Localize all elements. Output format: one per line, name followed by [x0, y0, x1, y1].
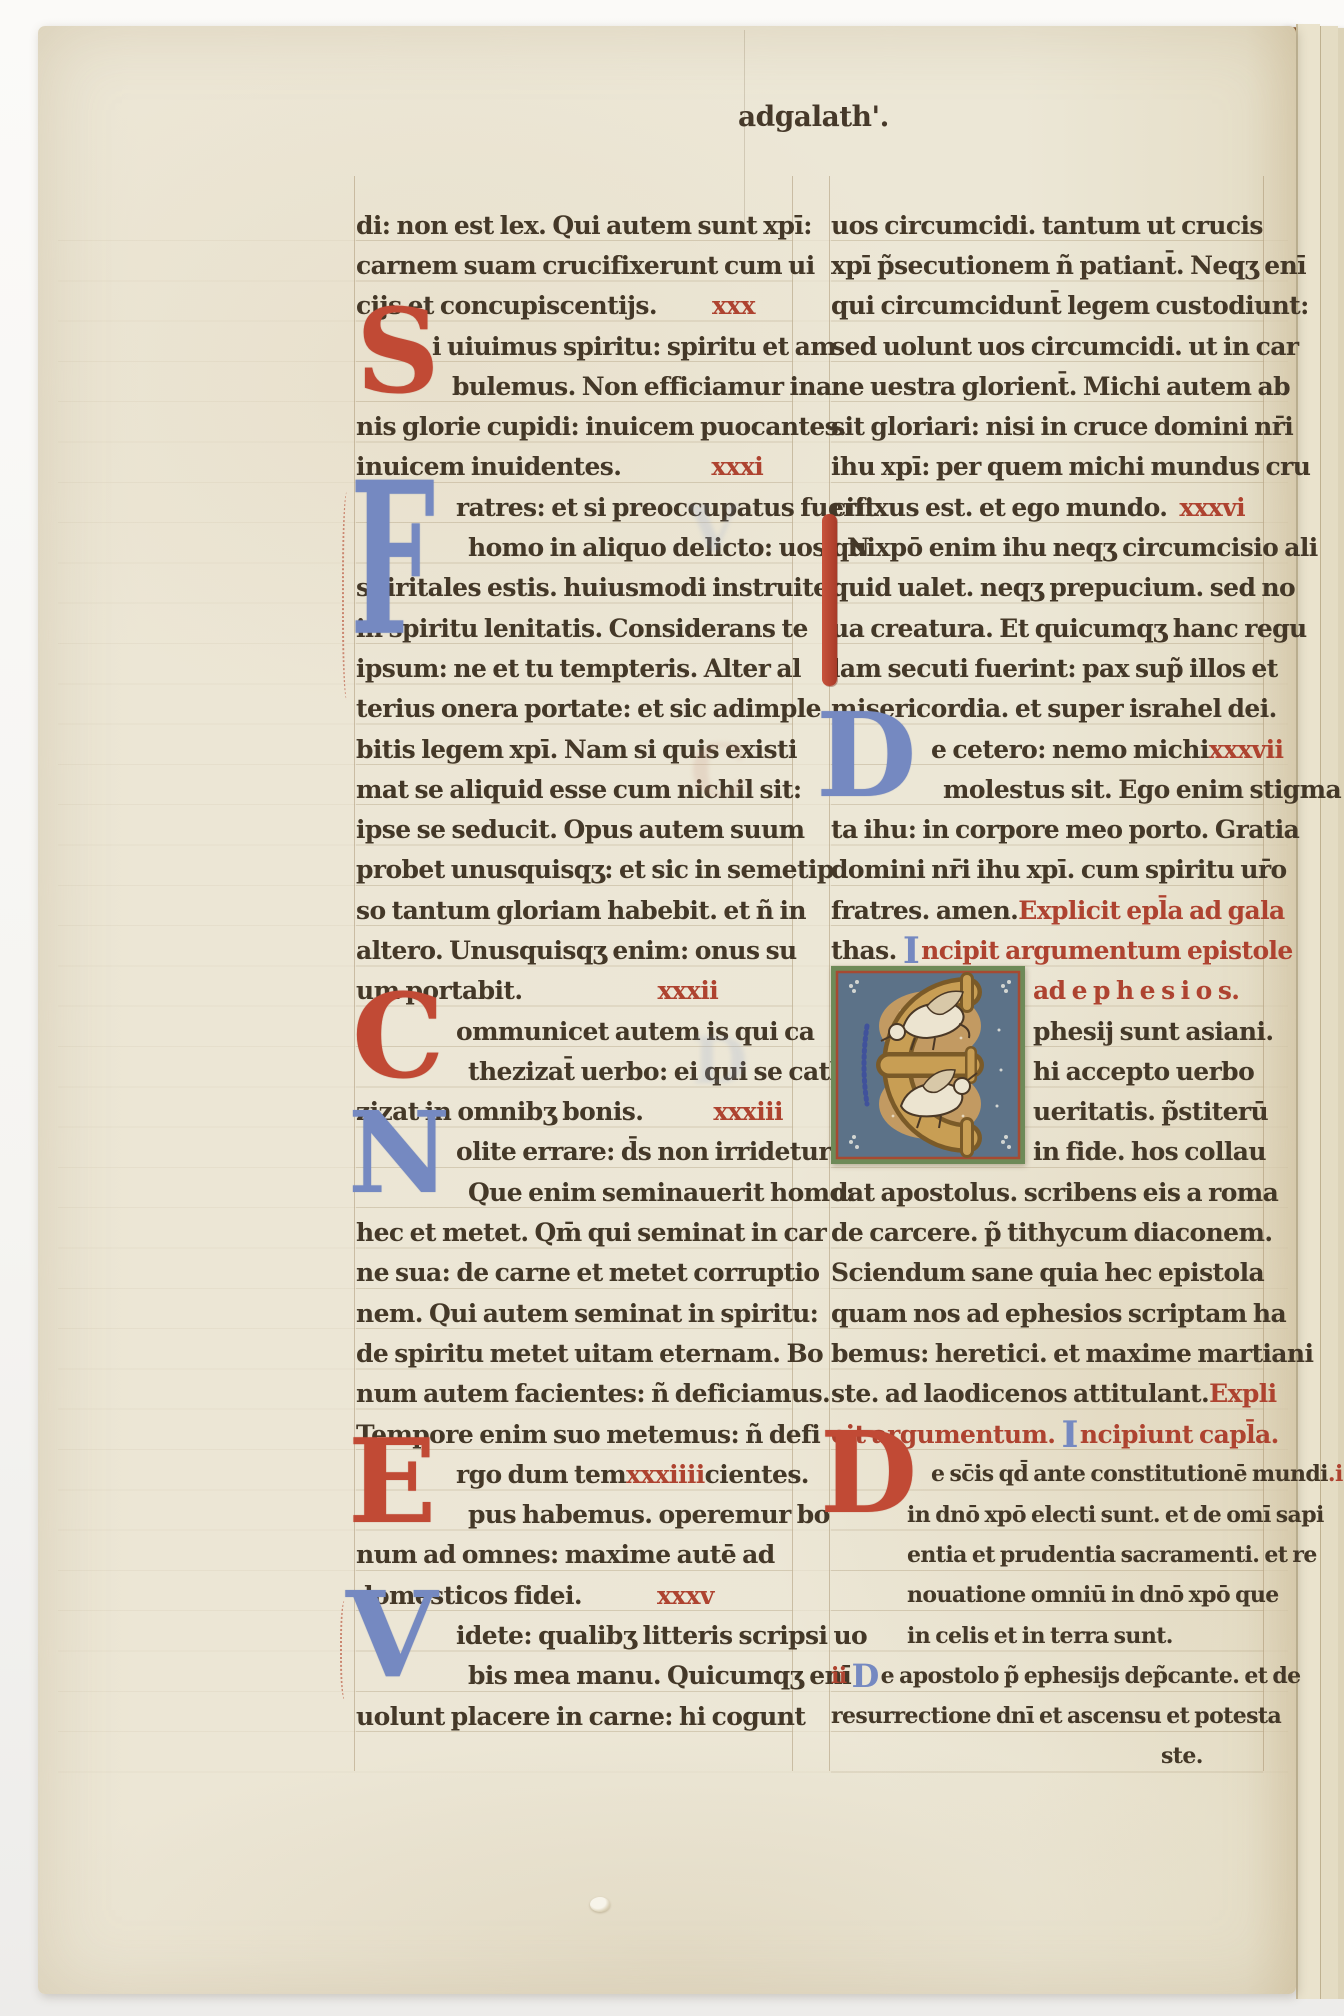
text-line: resurrectione dnī et ascensu et potesta: [831, 1696, 1263, 1736]
text-line: quid ualet. neqʒ prepucium. sed no: [831, 568, 1263, 608]
text-line: dat apostolus. scribens eis a roma: [831, 1172, 1263, 1212]
text-line: in celis et in terra sunt.: [831, 1615, 1263, 1655]
body-text: nem. Qui autem seminat in spiritu:: [356, 1299, 818, 1328]
chapter-number: .i.: [1328, 1461, 1344, 1487]
illuminated-initial-v: V: [346, 1576, 438, 1694]
body-text: ste. ad laodicenos attitulant.: [831, 1379, 1209, 1408]
body-text: Sciendum sane quia hec epistola: [831, 1258, 1264, 1287]
rubric-text: ncipiunt capl̄a.: [1080, 1420, 1279, 1449]
ink-show-through: D: [692, 1030, 748, 1094]
body-text: hec et metet. Qm̄ qui seminat in car: [356, 1218, 826, 1247]
illuminated-initial-f: F: [350, 455, 435, 665]
text-line: domini nr̄i ihu xpī. cum spiritu ur̄o: [831, 850, 1263, 890]
body-text: num autem facientes: ñ deficiamus.: [356, 1379, 830, 1408]
rubric-text: Expli: [1209, 1379, 1276, 1408]
inline-colored-initial: I: [903, 933, 919, 969]
body-text: ua creatura. Et quicumqʒ hanc regu: [831, 614, 1307, 643]
body-text: sed uolunt uos circumcidi. ut in car: [831, 332, 1298, 361]
manuscript-photo: adgalath'. di: non est lex. Qui autem su…: [0, 0, 1344, 2016]
body-text: de spiritu metet uitam eternam. Bo: [356, 1339, 823, 1368]
illuminated-initial-d: D: [820, 1418, 917, 1530]
body-text: ihu xpī: per quem michi mundus cru: [831, 452, 1310, 481]
spacer: [582, 1595, 657, 1596]
text-line: carnem suam crucifixerunt cum ui: [356, 245, 792, 285]
text-line: ua creatura. Et quicumqʒ hanc regu: [831, 608, 1263, 648]
text-line: quam nos ad ephesios scriptam ha: [831, 1293, 1263, 1333]
illuminated-initial-i: [822, 514, 837, 686]
body-text: e apostolo p̃ ephesijs dep̃cante. et de: [881, 1663, 1301, 1689]
body-text: probet unusquisqʒ: et sic in semetip: [356, 855, 834, 884]
text-line: sit gloriari: nisi in cruce domini nr̄i: [831, 406, 1263, 446]
body-text: cientes.: [705, 1460, 809, 1489]
body-text: altero. Unusquisqʒ enim: onus su: [356, 936, 797, 965]
rubric-text: ncipit argumentum epistole: [921, 936, 1293, 965]
body-text: bis mea manu. Quicumqʒ enī: [468, 1661, 851, 1690]
body-text: ste.: [1161, 1743, 1203, 1769]
body-text: uolunt placere in carne: hi cogunt: [356, 1702, 805, 1731]
rubric-text: xxxvii: [1209, 735, 1284, 764]
body-text: cifixus est. et ego mundo.: [831, 493, 1167, 522]
body-text: bulemus. Non efficiamur ina: [452, 372, 832, 401]
parchment-stain: [590, 1897, 610, 1912]
text-line: de spiritu metet uitam eternam. Bo: [356, 1333, 792, 1373]
body-text: phesij sunt asiani.: [1033, 1017, 1274, 1046]
text-line: ii De apostolo p̃ ephesijs dep̃cante. et…: [831, 1656, 1263, 1696]
illuminated-initial-d: D: [816, 698, 917, 814]
text-line: xpī p̃secutionem ñ patiant̄. Neqʒ enī: [831, 245, 1263, 285]
body-text: ommunicet autem is qui ca: [456, 1017, 814, 1046]
body-text: olite errare: d̄s non irridetur:: [456, 1137, 840, 1166]
body-text: entia et prudentia sacramenti. et re: [907, 1542, 1317, 1568]
text-line: ste.: [831, 1736, 1263, 1776]
body-text: pus habemus. operemur bo: [468, 1500, 830, 1529]
body-text: ipse se seducit. Opus autem suum: [356, 815, 805, 844]
body-text: thas.: [831, 936, 903, 965]
body-text: in dnō xpō electi sunt. et de omī sapi: [907, 1502, 1324, 1528]
illuminated-initial-s: S: [356, 294, 440, 410]
inline-colored-initial: D: [852, 1661, 879, 1693]
body-text: e cetero: nemo michi: [931, 735, 1209, 764]
body-text: e sc̄is qd̄ ante constitutionē mundi: [931, 1461, 1328, 1487]
text-line: sed uolunt uos circumcidi. ut in car: [831, 326, 1263, 366]
body-text: in fide. hos collau: [1033, 1137, 1266, 1166]
body-text: lam secuti fuerint: pax sup̃ illos et: [831, 654, 1278, 683]
text-line: lam secuti fuerint: pax sup̃ illos et: [831, 648, 1263, 688]
body-text: idete: qualibʒ litteris scripsi uo: [456, 1621, 867, 1650]
body-text: quid ualet. neqʒ prepucium. sed no: [831, 573, 1295, 602]
rubric-text: xxxiii: [713, 1097, 783, 1126]
body-text: hi accepto uerbo: [1033, 1057, 1254, 1086]
body-text: domini nr̄i ihu xpī. cum spiritu ur̄o: [831, 855, 1287, 884]
text-line: so tantum gloriam habebit. et ñ in: [356, 890, 792, 930]
body-text: uos circumcidi. tantum ut crucis: [831, 211, 1263, 240]
spacer: [657, 305, 712, 306]
body-text: molestus sit. Ego enim stigma: [943, 775, 1341, 804]
text-line: thas. Incipit argumentum epistole: [831, 930, 1263, 970]
text-line: uos circumcidi. tantum ut crucis: [831, 205, 1263, 245]
text-line: qui circumcidunt̄ legem custodiunt:: [831, 286, 1263, 326]
body-text: so tantum gloriam habebit. et ñ in: [356, 896, 806, 925]
body-text: bemus: heretici. et maxime martiani: [831, 1339, 1313, 1368]
body-text: Que enim seminauerit homo:: [468, 1178, 854, 1207]
spacer: [1167, 507, 1179, 508]
body-text: quam nos ad ephesios scriptam ha: [831, 1299, 1286, 1328]
body-text: fratres. amen.: [831, 896, 1018, 925]
rubric-text: Explicit epl̄a ad gala: [1018, 896, 1284, 925]
rubric-text: xxxi: [711, 452, 763, 481]
text-line: bemus: heretici. et maxime martiani: [831, 1333, 1263, 1373]
initial-e-artwork: [831, 966, 1025, 1164]
body-text: de carcere. p̃ tithycum diaconem.: [831, 1218, 1272, 1247]
body-text: xpī p̃secutionem ñ patiant̄. Neqʒ enī: [831, 251, 1306, 280]
page-edge-sliver: [1338, 28, 1344, 1999]
text-line: ne sua: de carne et metet corruptio: [356, 1253, 792, 1293]
text-line: nem. Qui autem seminat in spiritu:: [356, 1293, 792, 1333]
body-text: terius onera portate: et sic adimple: [356, 694, 821, 723]
body-text: homo in aliquo delicto: uos qui: [468, 533, 875, 562]
page-edge-sliver: [1320, 26, 1338, 1999]
body-text: i uiuimus spiritu: spiritu et am: [432, 332, 836, 361]
body-text: N xpō enim ihu neqʒ circumcisio ali: [847, 533, 1318, 562]
ephesians-illuminated-initial-panel: [831, 966, 1025, 1164]
spacer: [621, 466, 711, 467]
ink-show-through: C: [690, 735, 747, 807]
body-text: nouatione omniū in dnō xpō que: [907, 1582, 1279, 1608]
body-text: in celis et in terra sunt.: [907, 1623, 1173, 1649]
text-line: Sciendum sane quia hec epistola: [831, 1253, 1263, 1293]
body-text: carnem suam crucifixerunt cum ui: [356, 251, 815, 280]
body-text: thezizat̄ uerbo: ei qui se cathe: [468, 1057, 862, 1086]
text-line: probet unusquisqʒ: et sic in semetip: [356, 850, 792, 890]
text-line: de carcere. p̃ tithycum diaconem.: [831, 1212, 1263, 1252]
rubric-text: xxxvi: [1179, 493, 1245, 522]
body-text: dat apostolus. scribens eis a roma: [831, 1178, 1278, 1207]
rubric-text: xxxiiii: [626, 1460, 705, 1489]
body-text: rgo dum tem: [456, 1460, 626, 1489]
text-line: N xpō enim ihu neqʒ circumcisio ali: [831, 527, 1263, 567]
body-text: ne uestra glorient̄. Michi autem ab: [831, 372, 1290, 401]
rubric-text: ad e p h e s i o s.: [1033, 976, 1239, 1005]
body-text: qui circumcidunt̄ legem custodiunt:: [831, 291, 1309, 320]
rubric-text: xxx: [712, 291, 755, 320]
text-line: altero. Unusquisqʒ enim: onus su: [356, 930, 792, 970]
rubric-text: xxxii: [657, 976, 718, 1005]
text-line: nouatione omniū in dnō xpō que: [831, 1575, 1263, 1615]
running-title: adgalath'.: [738, 100, 889, 133]
body-text: ne sua: de carne et metet corruptio: [356, 1258, 819, 1287]
text-line: ihu xpī: per quem michi mundus cru: [831, 447, 1263, 487]
illuminated-initial-n: N: [348, 1098, 450, 1210]
rubric-text: ii: [831, 1663, 852, 1689]
inline-colored-initial: I: [1062, 1417, 1078, 1453]
ink-show-through: V: [688, 498, 738, 562]
body-text: di: non est lex. Qui autem sunt xpī:: [356, 211, 812, 240]
body-text: sit gloriari: nisi in cruce domini nr̄i: [831, 412, 1293, 441]
text-line: num autem facientes: ñ deficiamus.: [356, 1374, 792, 1414]
text-line: ne uestra glorient̄. Michi autem ab: [831, 366, 1263, 406]
body-text: resurrectione dnī et ascensu et potesta: [831, 1703, 1281, 1729]
text-line: terius onera portate: et sic adimple: [356, 689, 792, 729]
spacer: [643, 1111, 713, 1112]
body-text: ratres: et si preoccupatus fuerit: [456, 493, 876, 522]
text-line: entia et prudentia sacramenti. et re: [831, 1535, 1263, 1575]
illuminated-initial-c: C: [352, 979, 444, 1095]
text-line: di: non est lex. Qui autem sunt xpī:: [356, 205, 792, 245]
page-edge-sliver: [1296, 24, 1320, 1999]
rubric-text: xxxv: [657, 1581, 714, 1610]
text-line: cifixus est. et ego mundo.xxxvi: [831, 487, 1263, 527]
spacer: [831, 1756, 1161, 1757]
body-text: ueritatis. p̃stiterū: [1033, 1097, 1268, 1126]
spacer: [522, 990, 657, 991]
text-line: fratres. amen.Explicit epl̄a ad gala: [831, 890, 1263, 930]
text-line: ipse se seducit. Opus autem suum: [356, 809, 792, 849]
illuminated-initial-e: E: [348, 1424, 436, 1540]
